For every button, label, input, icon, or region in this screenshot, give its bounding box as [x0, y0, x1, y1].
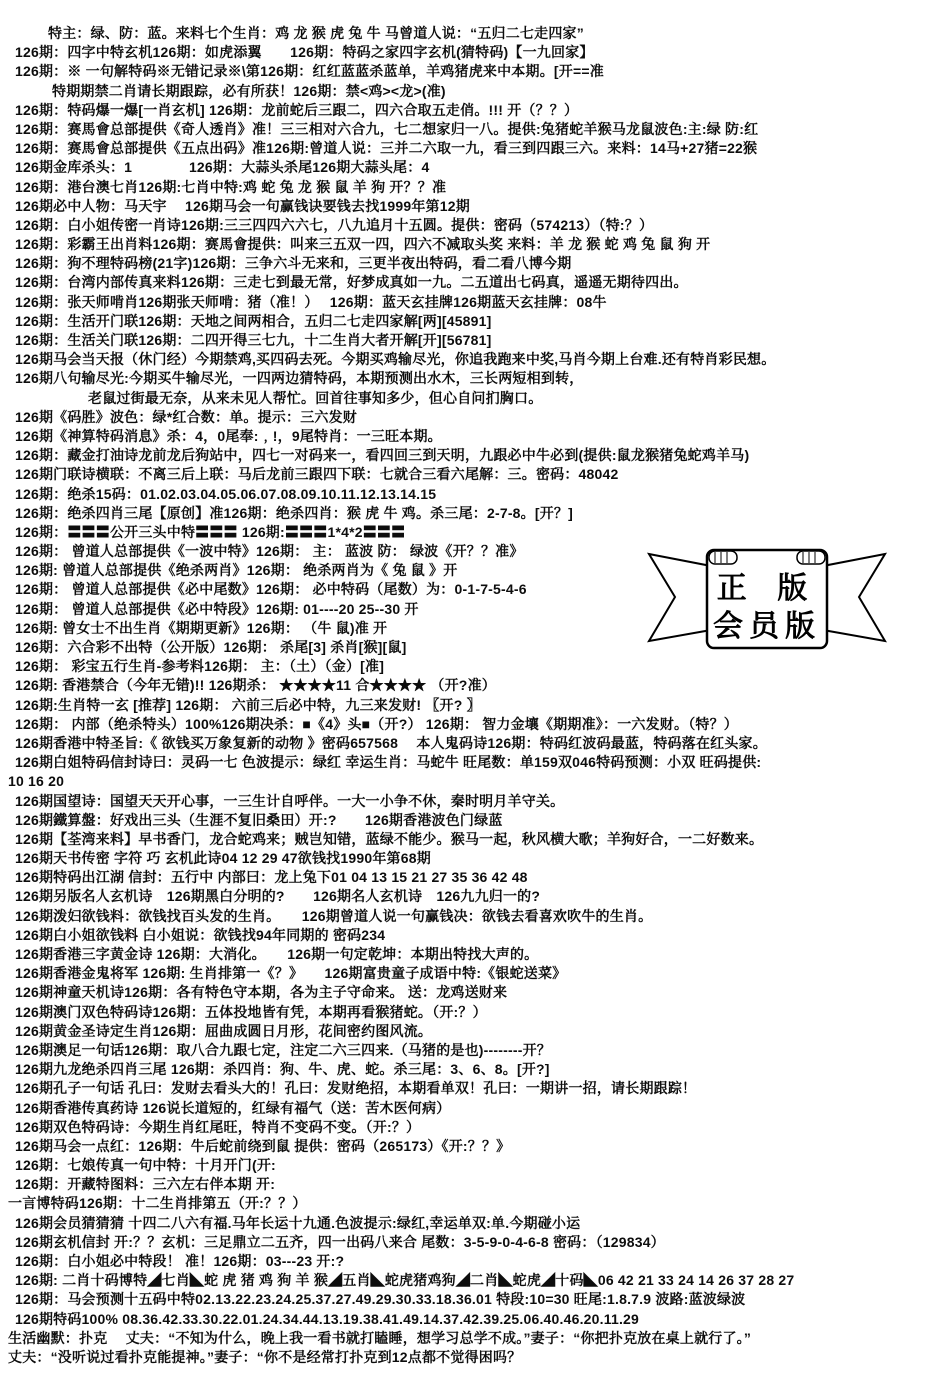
text-line: 126期国望诗：国望天天开心事，一三生计自呼伴。一大一小争不休，秦时明月羊守关。: [0, 792, 945, 811]
text-line: 126期：※ 一句解特码※无错记录※\第126期：红红蓝蓝杀蓝单，羊鸡猪虎来中本…: [0, 62, 945, 81]
ribbon-title-line1: 正 版: [717, 571, 817, 606]
genuine-member-edition-ribbon: 正 版 会员版: [645, 540, 889, 654]
text-line: 丈夫：“没听说过看扑克能提神。”妻子：“你不是经常打扑克到12点都不觉得困吗？: [0, 1348, 945, 1367]
text-line: 126期另版名人玄机诗 126期黑白分明的? 126期名人玄机诗 126九九归一…: [0, 887, 945, 906]
text-line: 126期玄机信封 开:？？玄机：三足鼎立二五齐，四一出码八来合 尾数：3-5-9…: [0, 1233, 945, 1252]
text-line: 126期白小姐欲钱料 白小姐说：欲钱找94年同期的 密码234: [0, 926, 945, 945]
text-line: 126期： 内部（绝杀特头）100%126期决杀：■《4》头■（开?） 126期…: [0, 715, 945, 734]
text-line: 一言博特码126期：十二生肖排第五（开:？？）: [0, 1194, 945, 1213]
text-line: 126期:生肖特一玄 [推荐] 126期： 六前三后必中特，九三来发财! 〖开?…: [0, 696, 945, 715]
text-line: 126期：赛馬會总部提供《奇人透肖》准！三三相对六合九，七二想家归一八。提供:兔…: [0, 120, 945, 139]
text-line: 126期：绝杀四肖三尾【原创】准126期：绝杀四肖：猴 虎 牛 鸡。杀三尾：2-…: [0, 504, 945, 523]
text-line: 126期：生活开门联126期：天地之间两相合，五归二七走四家解[两][45891…: [0, 312, 945, 331]
text-line: 126期必中人物：马天宇 126期马会一句赢钱诀要钱去找1999年第12期: [0, 197, 945, 216]
ribbon-right-tail: [823, 554, 885, 641]
ribbon-left-tail: [649, 554, 711, 641]
document-body: 特主：绿、防：蓝。来料七个生肖：鸡 龙 猴 虎 兔 牛 马曾道人说：“五归二七走…: [0, 24, 945, 1367]
text-line: 126期澳门双色特码诗126期：五体投地皆有凭，本期再看猴猪蛇。（开:？）: [0, 1003, 945, 1022]
text-line: 126期：狗不理特码榜(21字)126期：三争六斗无来和，三更半夜出特码，看二看…: [0, 254, 945, 273]
text-line: 126期香港传真药诗 126说长道短的，红绿有福气（送：苦木医何病）: [0, 1099, 945, 1118]
text-line: 126期双色特码诗：今期生肖红尾旺，特肖不变码不变。（开:？）: [0, 1118, 945, 1137]
text-line: 特期期禁二肖请长期跟踪，必有所获！126期：禁<鸡><龙>(准): [0, 82, 945, 101]
text-line: 126期【荃湾来料】早书香门，龙合蛇鸡来；贼岂知错，蓝绿不能少。猴马一起，秋风横…: [0, 830, 945, 849]
text-line: 126期：台湾内部传真来料126期：三走七到最无常，好梦成真如一九。二五道出七码…: [0, 273, 945, 292]
text-line: 126期：张天师啃肖126期张天师啃：猪（准！） 126期：蓝天玄挂牌126期蓝…: [0, 293, 945, 312]
text-line: 126期：港台澳七肖126期:七肖中特:鸡 蛇 兔 龙 猴 鼠 羊 狗 开？？准: [0, 178, 945, 197]
text-line: 老鼠过街最无奈，从来未见人帮忙。回首往事知多少，但心自问扪胸口。: [0, 389, 945, 408]
text-line: 126期金库杀头：1 126期：大蒜头杀尾126期大蒜头尾：4: [0, 158, 945, 177]
text-line: 126期：绝杀15码：01.02.03.04.05.06.07.08.09.10…: [0, 485, 945, 504]
text-line: 126期《神算特码消息》杀：4，0尾奉:﹐!，9尾特肖：一三旺本期。: [0, 427, 945, 446]
text-line: 126期：七娘传真一句中特：十月开门(开:: [0, 1156, 945, 1175]
text-line: 126期神童天机诗126期：各有特色守本期，各为主子守命来。 送：龙鸡送财来: [0, 983, 945, 1002]
text-line: 126期： 彩宝五行生肖-参考料126期： 主：（土）（金）[准]: [0, 657, 945, 676]
text-line: 126期马会当天报（休门经）今期禁鸡,买四码去死。今期买鸡输尽光，你追我跑来中奖…: [0, 350, 945, 369]
text-line: 126期：马会预测十五码中特02.13.22.23.24.25.37.27.49…: [0, 1290, 945, 1309]
text-line: 126期香港金鬼将军 126期: 生肖排第一《？》 126期富贵童子成语中特:《…: [0, 964, 945, 983]
text-line: 126期天书传密 字符 巧 玄机此诗04 12 29 47欲钱找1990年第68…: [0, 849, 945, 868]
text-line: 126期：开藏特图料：三六左右伴本期 开:: [0, 1175, 945, 1194]
text-line: 126期孔子一句话 孔曰：发财去看头大的！孔曰：发财绝招，本期看单双！孔曰：一期…: [0, 1079, 945, 1098]
text-line: 126期：赛馬會总部提供《五点出码》准126期:曾道人说：三并二六取一九，看三到…: [0, 139, 945, 158]
text-line: 126期《码胜》波色：绿*红合数：单。提示：三六发财: [0, 408, 945, 427]
text-line: 126期：四字中特玄机126期：如虎添翼 126期：特码之家四字玄机(猜特码)【…: [0, 43, 945, 62]
text-line: 126期：藏金打油诗龙前龙后狗站中，四七一对码来一，看四回三到天明，九跟必中牛必…: [0, 446, 945, 465]
text-line: 126期泼妇欲钱料：欲钱找百头发的生肖。 126期曾道人说一句赢钱决：欲钱去看喜…: [0, 907, 945, 926]
text-line: 126期：生活关门联126期：二四开得三七九，十二生肖大者开解[开][56781…: [0, 331, 945, 350]
text-line: 126期马会一点红：126期：牛后蛇前绕到鼠 提供：密码（265173）《开:？…: [0, 1137, 945, 1156]
text-line: 126期白姐特码信封诗曰：灵码一七 色波提示：绿红 幸运生肖：马蛇牛 旺尾数：单…: [0, 753, 945, 772]
scroll-curl-right: [797, 551, 825, 564]
text-line: 126期香港中特圣旨:《 欲钱买万象复新的动物 》密码657568 本人鬼码诗1…: [0, 734, 945, 753]
text-line: 126期: 香港禁合（今年无错)!! 126期杀： ★★★★11 合★★★★ （…: [0, 676, 945, 695]
text-line: 126期黄金圣诗定生肖126期：屈曲成圆日月形，花间密约图风流。: [0, 1022, 945, 1041]
text-line: 126期: 二肖十码博特◢七肖◣蛇 虎 猪 鸡 狗 羊 猴◢五肖◣蛇虎猪鸡狗◢二…: [0, 1271, 945, 1290]
text-line: 126期鐵算盤：好戏出三头（生涯不复旧桑田）开:? 126期香港波色门绿蓝: [0, 811, 945, 830]
text-line: 126期：白小姐传密一肖诗126期:三三四四六六七，八九追月十五圆。提供：密码（…: [0, 216, 945, 235]
scroll-curl-left: [709, 551, 737, 564]
text-line: 10 16 20: [0, 772, 945, 791]
text-line: 特主：绿、防：蓝。来料七个生肖：鸡 龙 猴 虎 兔 牛 马曾道人说：“五归二七走…: [0, 24, 945, 43]
text-line: 126期特码出江湖 信封：五行中 内部曰：龙上兔下01 04 13 15 21 …: [0, 868, 945, 887]
text-line: 126期澳足一句话126期：取八合九跟七定，注定二六三四来.（马猪的是也)---…: [0, 1041, 945, 1060]
text-line: 126期：特码爆一爆[一肖玄机] 126期：龙前蛇后三跟二，四六合取五走俏。!!…: [0, 101, 945, 120]
ribbon-title-line2: 会员版: [713, 609, 821, 644]
text-line: 126期特码100% 08.36.42.33.30.22.01.24.34.44…: [0, 1310, 945, 1329]
text-line: 126期：白小姐必中特段！ 准！126期：03---23 开:?: [0, 1252, 945, 1271]
text-line: 126期九龙绝杀四肖三尾 126期：杀四肖：狗、牛、虎、蛇。杀三尾：3、6、8。…: [0, 1060, 945, 1079]
text-line: 126期：彩霸王出肖料126期：赛馬會提供：叫来三五双一四，四六不减取头奖 来料…: [0, 235, 945, 254]
text-line: 生活幽默：扑克 丈夫：“不知为什么，晚上我一看书就打瞌睡，想学习总学不成。”妻子…: [0, 1329, 945, 1348]
text-line: 126期会员猜猜猜 十四二八六有福.马年长运十九通.色波提示:绿红,幸运单双:单…: [0, 1214, 945, 1233]
text-line: 126期八句输尽光:今期买牛输尽光，一四两边猜特码，本期预测出水木，三长两短相到…: [0, 369, 945, 388]
text-line: 126期香港三字黄金诗 126期：大消化。 126期一句定乾坤：本期出特找大声的…: [0, 945, 945, 964]
text-line: 126期门联诗横联：不离三后上联：马后龙前三跟四下联：七就合三看六尾解：三。密码…: [0, 465, 945, 484]
